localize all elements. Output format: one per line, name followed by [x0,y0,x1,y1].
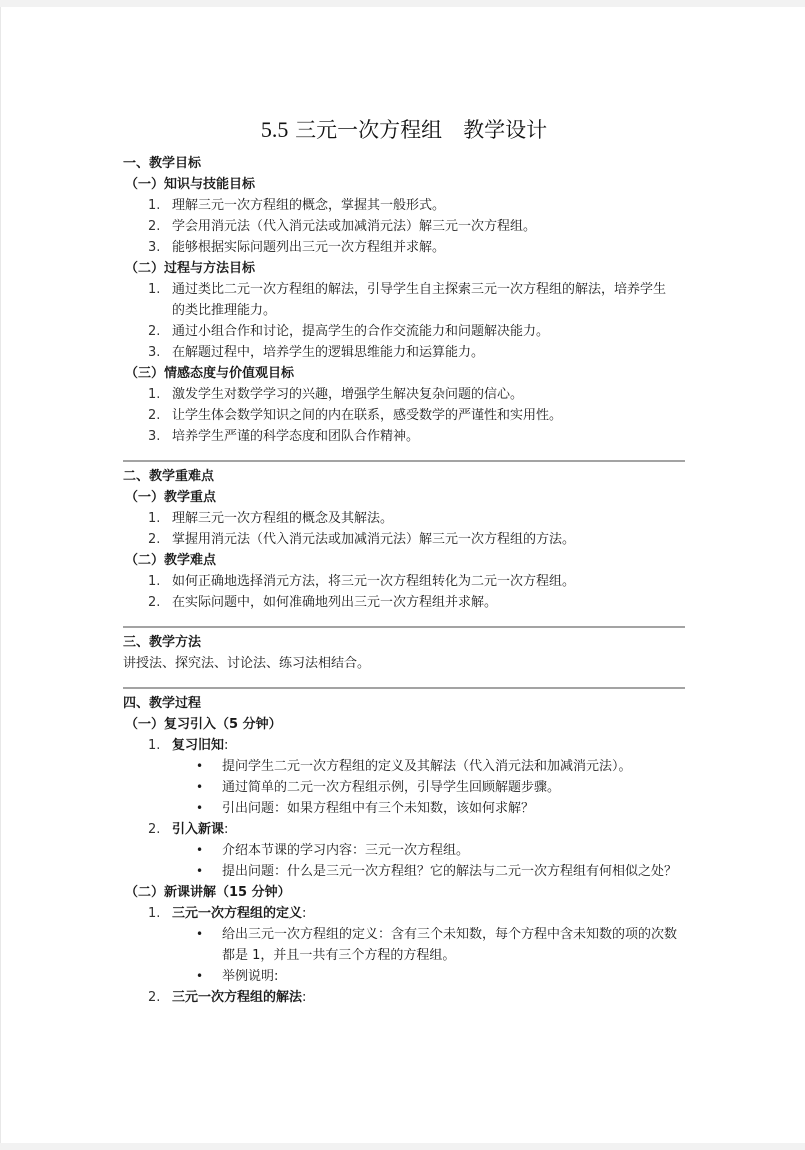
list-number: 2. [148,529,160,550]
subsection-heading-difficult: （二）教学难点 [123,550,685,571]
bullet-icon: • [196,840,203,861]
bullet-icon: • [196,966,203,987]
knowledge-goals-list: 1.理解三元一次方程组的概念，掌握其一般形式。 2.学会用消元法（代入消元法或加… [123,195,685,258]
list-number: 2. [148,592,160,613]
step-suffix: : [224,822,228,837]
subsection-heading-knowledge: （一）知识与技能目标 [123,174,685,195]
step-label: 复习旧知 [172,738,224,753]
list-item: 1.理解三元一次方程组的概念及其解法。 [123,508,685,529]
list-number: 3. [148,342,160,363]
list-number: 1. [148,195,160,216]
section-heading-methods: 三、教学方法 [123,632,685,653]
list-item: 2.引入新课: •介绍本节课的学习内容：三元一次方程组。 •提出问题：什么是三元… [123,819,685,882]
step-suffix: : [302,906,306,921]
step-label: 三元一次方程组的定义 [172,906,302,921]
bullet-item: •提出问题：什么是三元一次方程组？它的解法与二元一次方程组有何相似之处？ [123,861,685,882]
process-goals-list: 1.通过类比二元一次方程组的解法，引导学生自主探索三元一次方程组的解法，培养学生… [123,279,685,363]
list-item: 2.学会用消元法（代入消元法或加减消元法）解三元一次方程组。 [123,216,685,237]
list-number: 1. [148,279,160,300]
document-content: 5.5 三元一次方程组 教学设计 一、教学目标 （一）知识与技能目标 1.理解三… [123,115,685,1008]
title-number: 5.5 [261,117,289,142]
list-number: 1. [148,735,160,756]
bullet-item: •介绍本节课的学习内容：三元一次方程组。 [123,840,685,861]
list-number: 2. [148,321,160,342]
subsection-heading-key: （一）教学重点 [123,487,685,508]
bullet-text: 介绍本节课的学习内容：三元一次方程组。 [222,843,469,858]
list-item: 3.能够根据实际问题列出三元一次方程组并求解。 [123,237,685,258]
step-suffix: : [302,990,306,1005]
bullet-item: •引出问题：如果方程组中有三个未知数，该如何求解？ [123,798,685,819]
section-heading-key-points: 二、教学重难点 [123,466,685,487]
list-number: 1. [148,571,160,592]
list-item-text: 激发学生对数学学习的兴趣，增强学生解决复杂问题的信心。 [172,387,523,402]
bullet-list: •提问学生二元一次方程组的定义及其解法（代入消元法和加减消元法）。 •通过简单的… [172,756,685,819]
page-title: 5.5 三元一次方程组 教学设计 [123,115,685,149]
subsection-heading-new-lesson: （二）新课讲解（15 分钟） [123,882,685,903]
list-number: 3. [148,237,160,258]
list-item-text: 通过小组合作和讨论，提高学生的合作交流能力和问题解决能力。 [172,324,549,339]
step-label: 引入新课 [172,822,224,837]
list-number: 1. [148,508,160,529]
step-suffix: : [224,738,228,753]
list-item-text: 理解三元一次方程组的概念，掌握其一般形式。 [172,198,445,213]
bullet-list: •给出三元一次方程组的定义：含有三个未知数，每个方程中含未知数的项的次数都是 1… [172,924,685,987]
subsection-heading-review: （一）复习引入（5 分钟） [123,714,685,735]
subsection-heading-process: （二）过程与方法目标 [123,258,685,279]
bullet-text: 提问学生二元一次方程组的定义及其解法（代入消元法和加减消元法）。 [222,759,632,774]
list-item: 2.在实际问题中，如何准确地列出三元一次方程组并求解。 [123,592,685,613]
list-item: 1.激发学生对数学学习的兴趣，增强学生解决复杂问题的信心。 [123,384,685,405]
list-number: 2. [148,987,160,1008]
bullet-text: 举例说明: [222,969,278,984]
bullet-item: •提问学生二元一次方程组的定义及其解法（代入消元法和加减消元法）。 [123,756,685,777]
section-heading-objectives: 一、教学目标 [123,153,685,174]
bullet-text: 通过简单的二元一次方程组示例，引导学生回顾解题步骤。 [222,780,560,795]
review-steps-list: 1.复习旧知: •提问学生二元一次方程组的定义及其解法（代入消元法和加减消元法）… [123,735,685,882]
list-item-text: 让学生体会数学知识之间的内在联系，感受数学的严谨性和实用性。 [172,408,562,423]
bullet-icon: • [196,861,203,882]
list-item: 1.理解三元一次方程组的概念，掌握其一般形式。 [123,195,685,216]
attitude-goals-list: 1.激发学生对数学学习的兴趣，增强学生解决复杂问题的信心。 2.让学生体会数学知… [123,384,685,447]
bullet-text: 引出问题：如果方程组中有三个未知数，该如何求解？ [222,801,534,816]
list-item-text: 能够根据实际问题列出三元一次方程组并求解。 [172,240,445,255]
list-item: 1.通过类比二元一次方程组的解法，引导学生自主探索三元一次方程组的解法，培养学生… [123,279,685,321]
bullet-list: •介绍本节课的学习内容：三元一次方程组。 •提出问题：什么是三元一次方程组？它的… [172,840,685,882]
list-item: 1.三元一次方程组的定义: •给出三元一次方程组的定义：含有三个未知数，每个方程… [123,903,685,987]
list-item-text: 通过类比二元一次方程组的解法，引导学生自主探索三元一次方程组的解法，培养学生的类… [172,282,666,318]
list-number: 1. [148,903,160,924]
bullet-text: 给出三元一次方程组的定义：含有三个未知数，每个方程中含未知数的项的次数都是 1，… [222,927,677,963]
list-number: 3. [148,426,160,447]
bullet-item: •给出三元一次方程组的定义：含有三个未知数，每个方程中含未知数的项的次数都是 1… [123,924,685,966]
new-lesson-steps-list: 1.三元一次方程组的定义: •给出三元一次方程组的定义：含有三个未知数，每个方程… [123,903,685,1008]
list-item: 2.掌握用消元法（代入消元法或加减消元法）解三元一次方程组的方法。 [123,529,685,550]
list-item: 3.在解题过程中，培养学生的逻辑思维能力和运算能力。 [123,342,685,363]
list-item: 2.通过小组合作和讨论，提高学生的合作交流能力和问题解决能力。 [123,321,685,342]
list-item-text: 学会用消元法（代入消元法或加减消元法）解三元一次方程组。 [172,219,536,234]
bullet-icon: • [196,924,203,945]
list-item-text: 如何正确地选择消元方法，将三元一次方程组转化为二元一次方程组。 [172,574,575,589]
bullet-icon: • [196,756,203,777]
title-text: 三元一次方程组 教学设计 [295,118,547,142]
list-item-text: 掌握用消元法（代入消元法或加减消元法）解三元一次方程组的方法。 [172,532,575,547]
list-item: 1.如何正确地选择消元方法，将三元一次方程组转化为二元一次方程组。 [123,571,685,592]
list-item: 3.培养学生严谨的科学态度和团队合作精神。 [123,426,685,447]
bullet-icon: • [196,777,203,798]
difficult-points-list: 1.如何正确地选择消元方法，将三元一次方程组转化为二元一次方程组。 2.在实际问… [123,571,685,613]
step-label: 三元一次方程组的解法 [172,990,302,1005]
bullet-text: 提出问题：什么是三元一次方程组？它的解法与二元一次方程组有何相似之处？ [222,864,677,879]
bullet-item: •通过简单的二元一次方程组示例，引导学生回顾解题步骤。 [123,777,685,798]
list-item-text: 在解题过程中，培养学生的逻辑思维能力和运算能力。 [172,345,484,360]
list-item-text: 理解三元一次方程组的概念及其解法。 [172,511,393,526]
list-number: 1. [148,384,160,405]
list-item-text: 在实际问题中，如何准确地列出三元一次方程组并求解。 [172,595,497,610]
section-heading-process: 四、教学过程 [123,693,685,714]
list-item: 2.让学生体会数学知识之间的内在联系，感受数学的严谨性和实用性。 [123,405,685,426]
methods-text: 讲授法、探究法、讨论法、练习法相结合。 [123,653,685,674]
list-item: 1.复习旧知: •提问学生二元一次方程组的定义及其解法（代入消元法和加减消元法）… [123,735,685,819]
list-item-text: 培养学生严谨的科学态度和团队合作精神。 [172,429,419,444]
bullet-item: •举例说明: [123,966,685,987]
bullet-icon: • [196,798,203,819]
subsection-heading-attitude: （三）情感态度与价值观目标 [123,363,685,384]
key-points-list: 1.理解三元一次方程组的概念及其解法。 2.掌握用消元法（代入消元法或加减消元法… [123,508,685,550]
list-number: 2. [148,216,160,237]
document-page: 5.5 三元一次方程组 教学设计 一、教学目标 （一）知识与技能目标 1.理解三… [0,7,805,1143]
list-item: 2.三元一次方程组的解法: [123,987,685,1008]
list-number: 2. [148,819,160,840]
list-number: 2. [148,405,160,426]
